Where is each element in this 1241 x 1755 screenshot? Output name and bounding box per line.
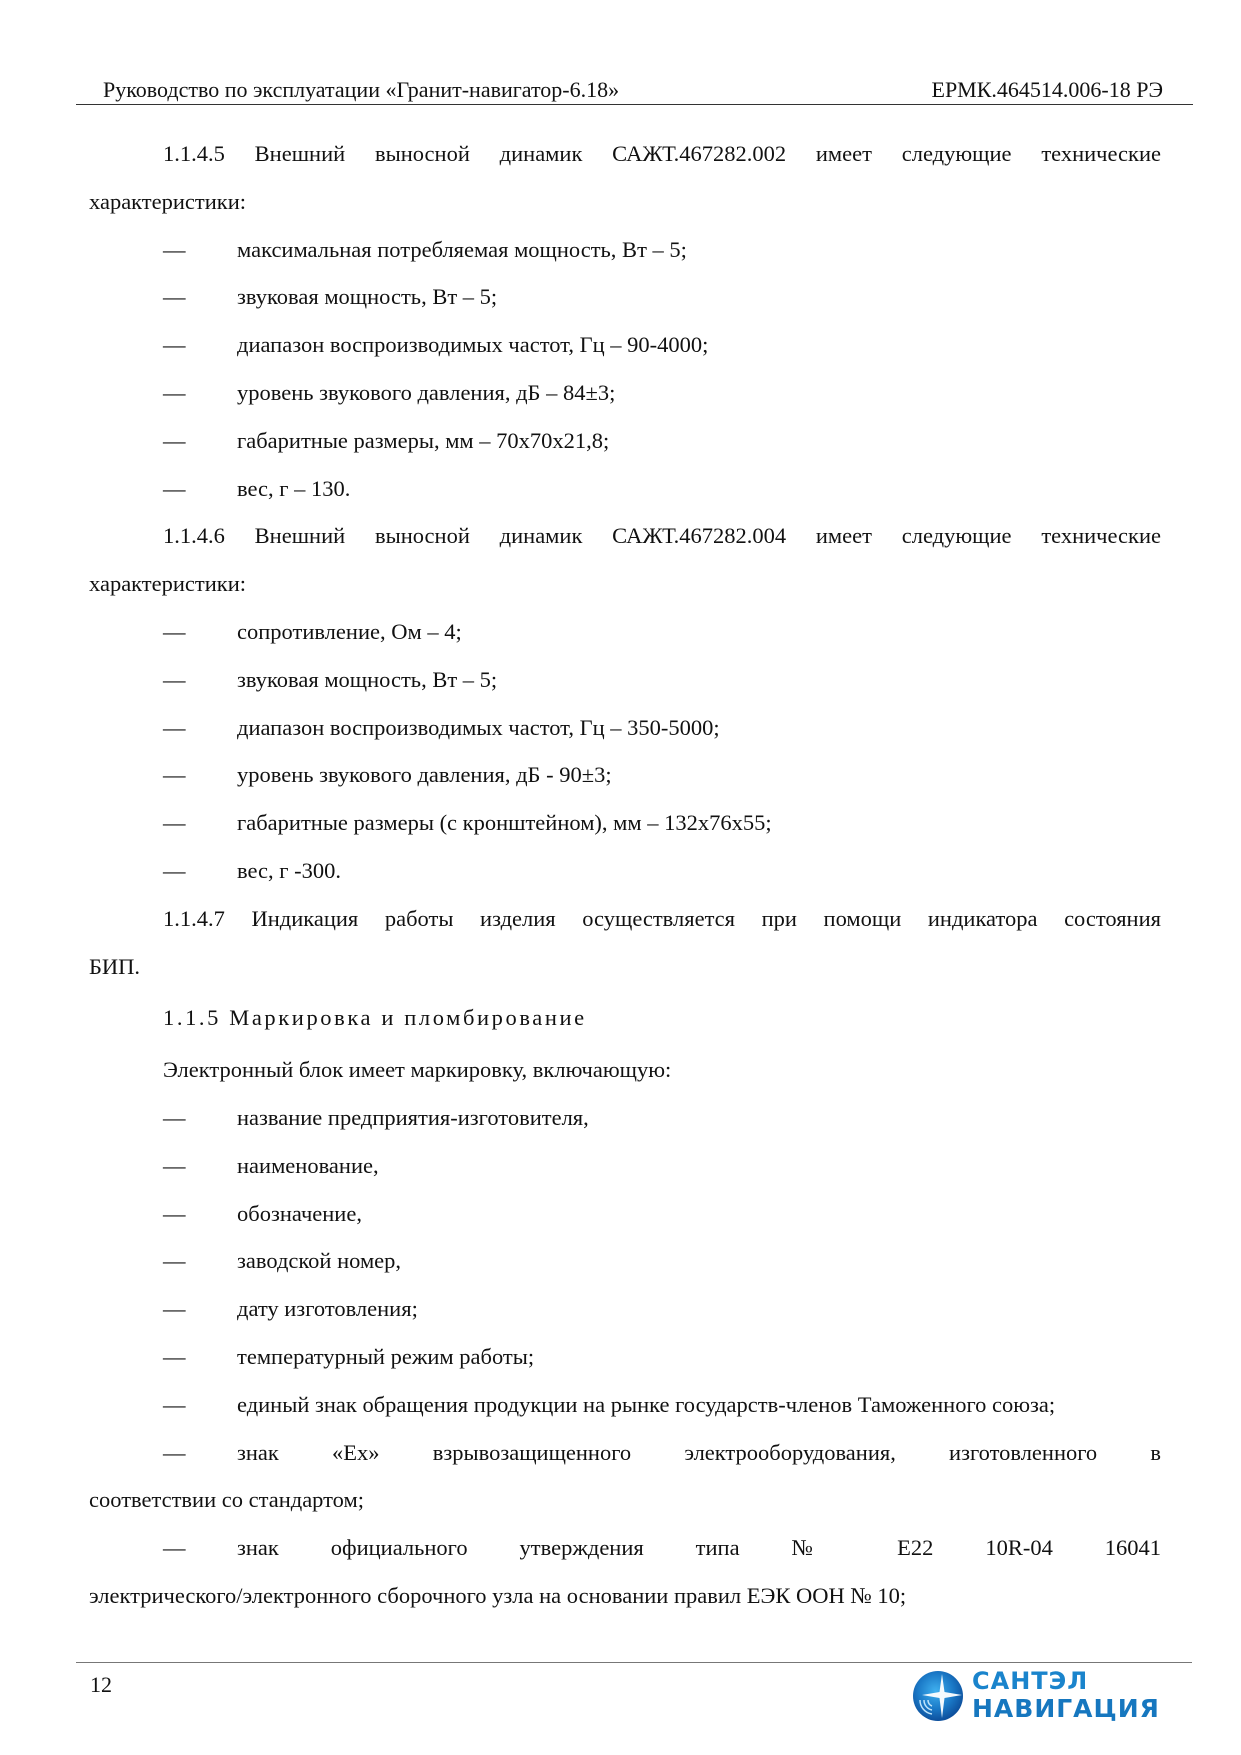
list-item-text: уровень звукового давления, дБ - 90±3; [237, 751, 1161, 799]
list-item: —уровень звукового давления, дБ – 84±3; [89, 369, 1161, 417]
list-marker: — [89, 1524, 237, 1572]
globe-star-icon [912, 1670, 964, 1722]
list-item: —вес, г -300. [89, 847, 1161, 895]
paragraph-1-1-4-6: 1.1.4.6 Внешний выносной динамик САЖТ.46… [89, 512, 1161, 560]
list-item-text: знак официального утверждения типа № Е22… [237, 1524, 1161, 1572]
list-marker: — [89, 226, 237, 274]
list-item-text: наименование, [237, 1142, 1161, 1190]
list-item-text: диапазон воспроизводимых частот, Гц – 35… [237, 704, 1161, 752]
list-item: —габаритные размеры (с кронштейном), мм … [89, 799, 1161, 847]
footer-divider [76, 1662, 1192, 1663]
page-header: Руководство по эксплуатации «Гранит-нави… [76, 72, 1193, 105]
list-item: —уровень звукового давления, дБ - 90±3; [89, 751, 1161, 799]
page-number: 12 [90, 1672, 112, 1698]
list-item-text: температурный режим работы; [237, 1333, 1161, 1381]
list-item-e22-mark-continued: электрического/электронного сборочного у… [89, 1572, 1161, 1620]
list-marker: — [89, 465, 237, 513]
list-item: —вес, г – 130. [89, 465, 1161, 513]
list-marker: — [89, 321, 237, 369]
marking-list: —название предприятия-изготовителя,—наим… [89, 1094, 1161, 1429]
list-item-text: уровень звукового давления, дБ – 84±3; [237, 369, 1161, 417]
list-item: —дату изготовления; [89, 1285, 1161, 1333]
document-code: ЕРМК.464514.006-18 РЭ [932, 77, 1164, 103]
list-marker: — [89, 1142, 237, 1190]
list-item: —единый знак обращения продукции на рынк… [89, 1381, 1161, 1429]
marking-intro: Электронный блок имеет маркировку, включ… [89, 1046, 1161, 1094]
list-item: —сопротивление, Ом – 4; [89, 608, 1161, 656]
list-marker: — [89, 751, 237, 799]
list-item-text: единый знак обращения продукции на рынке… [237, 1381, 1161, 1429]
list-marker: — [89, 1285, 237, 1333]
paragraph-1-1-4-5: 1.1.4.5 Внешний выносной динамик САЖТ.46… [89, 130, 1161, 178]
list-item-text: знак «Ех» взрывозащищенного электрообору… [237, 1429, 1161, 1477]
list-item: —заводской номер, [89, 1237, 1161, 1285]
paragraph-1-1-4-7: 1.1.4.7 Индикация работы изделия осущест… [89, 895, 1161, 943]
list-item-text: обозначение, [237, 1190, 1161, 1238]
paragraph-1-1-4-6-continued: характеристики: [89, 560, 1161, 608]
list-marker: — [89, 608, 237, 656]
list-item-text: вес, г – 130. [237, 465, 1161, 513]
list-marker: — [89, 799, 237, 847]
list-marker: — [89, 417, 237, 465]
paragraph-1-1-4-7-continued: БИП. [89, 943, 1161, 991]
page-body: 1.1.4.5 Внешний выносной динамик САЖТ.46… [89, 130, 1161, 1620]
section-heading-1-1-5: 1.1.5 Маркировка и пломбирование [163, 994, 1161, 1042]
list-item: —название предприятия-изготовителя, [89, 1094, 1161, 1142]
spec-list-1-1-4-6: —сопротивление, Ом – 4;—звуковая мощност… [89, 608, 1161, 895]
list-marker: — [89, 369, 237, 417]
list-item: —максимальная потребляемая мощность, Вт … [89, 226, 1161, 274]
spec-list-1-1-4-5: —максимальная потребляемая мощность, Вт … [89, 226, 1161, 513]
list-item-text: габаритные размеры (с кронштейном), мм –… [237, 799, 1161, 847]
list-item: —звуковая мощность, Вт – 5; [89, 273, 1161, 321]
list-item-text: дату изготовления; [237, 1285, 1161, 1333]
list-item-e22-mark: — знак официального утверждения типа № Е… [89, 1524, 1161, 1572]
list-item: —обозначение, [89, 1190, 1161, 1238]
list-item: —температурный режим работы; [89, 1333, 1161, 1381]
list-item-text: вес, г -300. [237, 847, 1161, 895]
list-marker: — [89, 656, 237, 704]
list-item-text: звуковая мощность, Вт – 5; [237, 656, 1161, 704]
list-marker: — [89, 847, 237, 895]
list-item-ex-mark: — знак «Ех» взрывозащищенного электрообо… [89, 1429, 1161, 1477]
list-item-text: сопротивление, Ом – 4; [237, 608, 1161, 656]
list-item-ex-mark-continued: соответствии со стандартом; [89, 1476, 1161, 1524]
document-title: Руководство по эксплуатации «Гранит-нави… [103, 77, 619, 103]
list-item-text: диапазон воспроизводимых частот, Гц – 90… [237, 321, 1161, 369]
logo-text-santel: САНТЭЛ [972, 1669, 1088, 1693]
list-marker: — [89, 1094, 237, 1142]
list-item-text: звуковая мощность, Вт – 5; [237, 273, 1161, 321]
list-marker: — [89, 1237, 237, 1285]
list-marker: — [89, 704, 237, 752]
list-marker: — [89, 1429, 237, 1477]
list-item: —диапазон воспроизводимых частот, Гц – 3… [89, 704, 1161, 752]
list-item-text: максимальная потребляемая мощность, Вт –… [237, 226, 1161, 274]
list-marker: — [89, 1333, 237, 1381]
list-marker: — [89, 1381, 237, 1429]
list-item-text: название предприятия-изготовителя, [237, 1094, 1161, 1142]
paragraph-1-1-4-5-continued: характеристики: [89, 178, 1161, 226]
list-item: —диапазон воспроизводимых частот, Гц – 9… [89, 321, 1161, 369]
list-item-text: габаритные размеры, мм – 70х70х21,8; [237, 417, 1161, 465]
list-item: —габаритные размеры, мм – 70х70х21,8; [89, 417, 1161, 465]
list-marker: — [89, 1190, 237, 1238]
list-item-text: заводской номер, [237, 1237, 1161, 1285]
list-item: —наименование, [89, 1142, 1161, 1190]
company-logo: САНТЭЛ НАВИГАЦИЯ [912, 1668, 1182, 1724]
list-item: —звуковая мощность, Вт – 5; [89, 656, 1161, 704]
logo-text-navigation: НАВИГАЦИЯ [972, 1696, 1160, 1721]
list-marker: — [89, 273, 237, 321]
